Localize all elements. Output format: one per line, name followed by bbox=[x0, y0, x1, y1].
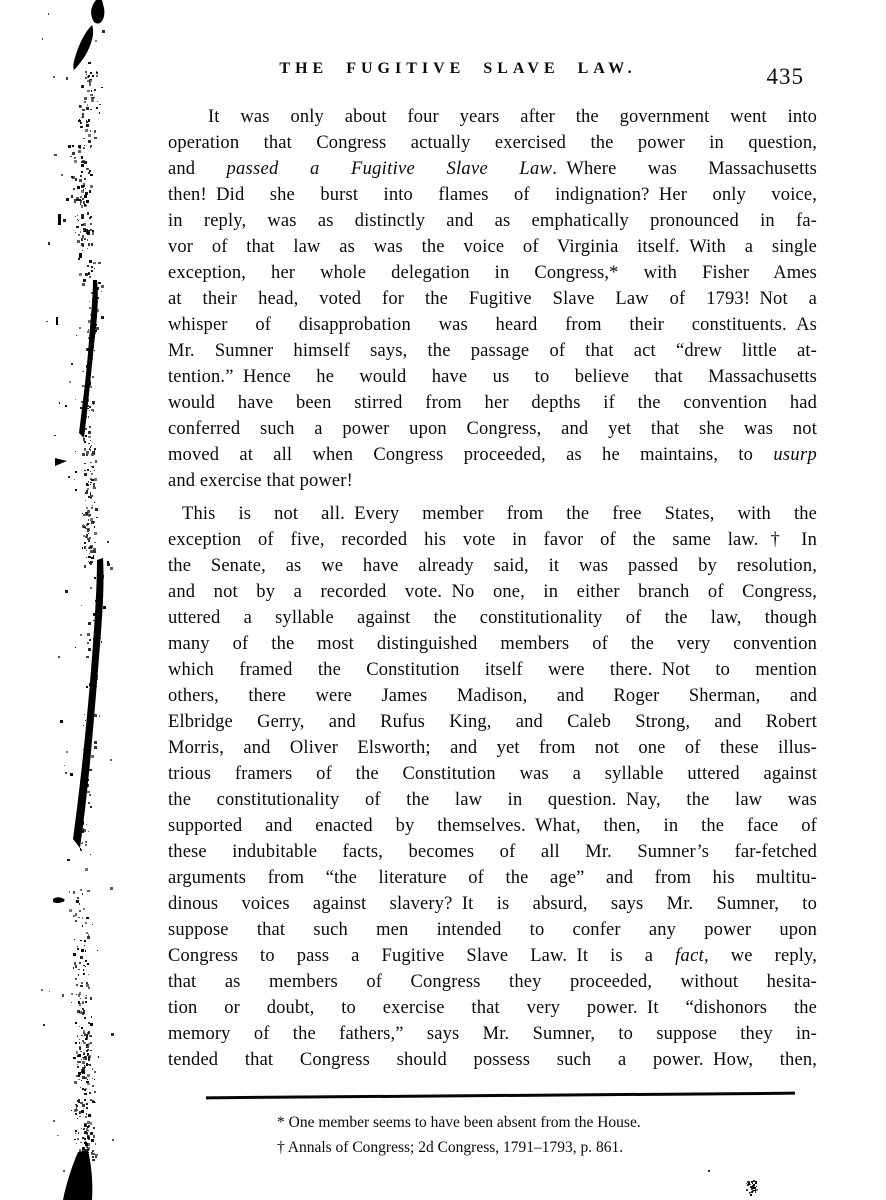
paragraph-1: It was only about four years after the g… bbox=[168, 104, 817, 494]
text-line: tion or doubt, to exercise that very pow… bbox=[168, 995, 817, 1021]
text-line: moved at all when Congress proceeded, as… bbox=[168, 442, 817, 468]
margin-arrow-mark bbox=[55, 458, 67, 466]
text-line: uttered a syllable against the constitut… bbox=[168, 605, 817, 631]
running-title: THE FUGITIVE SLAVE LAW. bbox=[169, 60, 817, 78]
text-line: It was only about four years after the g… bbox=[168, 104, 817, 130]
text-block: It was only about four years after the g… bbox=[168, 104, 817, 1073]
text-line: Mr. Sumner himself says, the passage of … bbox=[168, 338, 817, 364]
text-line: many of the most distinguished members o… bbox=[168, 631, 817, 657]
text-line: arguments from “the literature of the ag… bbox=[168, 865, 817, 891]
text-line: tended that Congress should possess such… bbox=[168, 1047, 817, 1073]
margin-tick-mark bbox=[58, 214, 61, 225]
text-line: vor of that law as was the voice of Virg… bbox=[168, 234, 817, 260]
paragraph-2: This is not all. Every member from the f… bbox=[168, 501, 817, 1073]
text-line: supported and enacted by themselves. Wha… bbox=[168, 813, 817, 839]
page-header: THE FUGITIVE SLAVE LAW. bbox=[169, 60, 817, 90]
text-line: the Senate, as we have already said, it … bbox=[168, 553, 817, 579]
text-line: in reply, was as distinctly and as empha… bbox=[168, 208, 817, 234]
text-line: the constitutionality of the law in ques… bbox=[168, 787, 817, 813]
text-line: Morris, and Oliver Elsworth; and yet fro… bbox=[168, 735, 817, 761]
text-line: Congress to pass a Fugitive Slave Law. I… bbox=[168, 943, 817, 969]
text-line: and exercise that power! bbox=[168, 468, 817, 494]
text-line: that as members of Congress they proceed… bbox=[168, 969, 817, 995]
text-line: at their head, voted for the Fugitive Sl… bbox=[168, 286, 817, 312]
text-line: This is not all. Every member from the f… bbox=[168, 501, 817, 527]
text-line: * One member seems to have been absent f… bbox=[277, 1110, 837, 1135]
text-line: suppose that such men intended to confer… bbox=[168, 917, 817, 943]
text-line: conferred such a power upon Congress, an… bbox=[168, 416, 817, 442]
text-line: trious framers of the Constitution was a… bbox=[168, 761, 817, 787]
page-number: 435 bbox=[767, 64, 805, 90]
text-line: memory of the fathers,” says Mr. Sumner,… bbox=[168, 1021, 817, 1047]
text-line: Elbridge Gerry, and Rufus King, and Cale… bbox=[168, 709, 817, 735]
text-line: exception of five, recorded his vote in … bbox=[168, 527, 817, 553]
scanned-book-page: THE FUGITIVE SLAVE LAW. 435 It was only … bbox=[0, 0, 886, 1200]
footnotes: * One member seems to have been absent f… bbox=[277, 1110, 837, 1160]
text-line: exception, her whole delegation in Congr… bbox=[168, 260, 817, 286]
text-line: tention.” Hence he would have us to beli… bbox=[168, 364, 817, 390]
text-line: these indubitable facts, becomes of all … bbox=[168, 839, 817, 865]
text-line: † Annals of Congress; 2d Congress, 1791–… bbox=[277, 1135, 837, 1160]
text-line: dinous voices against slavery? It is abs… bbox=[168, 891, 817, 917]
text-line: operation that Congress actually exercis… bbox=[168, 130, 817, 156]
text-line: then! Did she burst into flames of indig… bbox=[168, 182, 817, 208]
footnote-separator-rule bbox=[206, 1092, 795, 1100]
text-line: others, there were James Madison, and Ro… bbox=[168, 683, 817, 709]
text-line: and passed a Fugitive Slave Law. Where w… bbox=[168, 156, 817, 182]
text-line: whisper of disapprobation was heard from… bbox=[168, 312, 817, 338]
text-line: and not by a recorded vote. No one, in e… bbox=[168, 579, 817, 605]
text-line: which framed the Constitution itself wer… bbox=[168, 657, 817, 683]
scan-gutter-artifact bbox=[0, 0, 140, 1200]
text-line: would have been stirred from her depths … bbox=[168, 390, 817, 416]
